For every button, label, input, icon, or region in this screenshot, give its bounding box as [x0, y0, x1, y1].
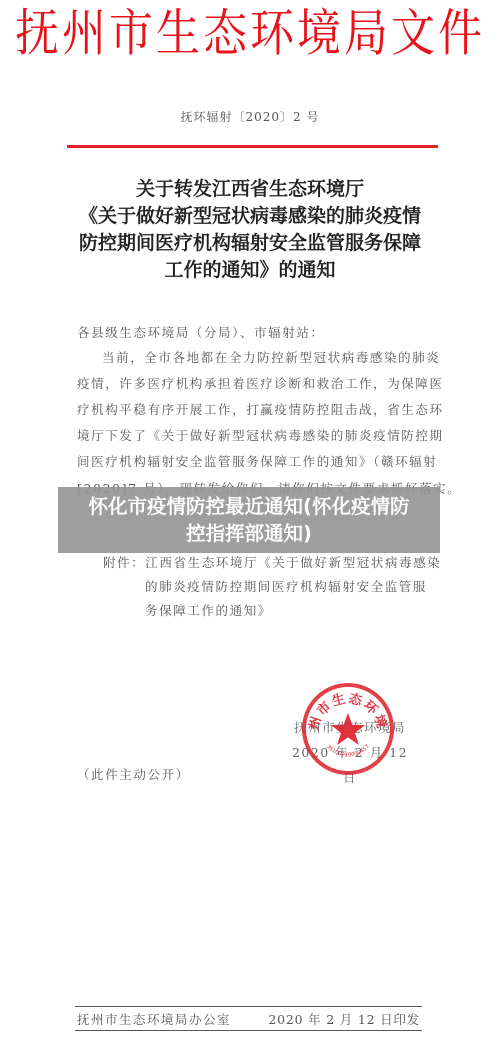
salutation: 各县级生态环境局（分局）、市辐射站： [77, 320, 427, 346]
overlay-title-line: 怀化市疫情防控最近通知(怀化疫情防 [58, 493, 440, 520]
attachment-note: 附件：江西省生态环境厅《关于做好新型冠状病毒感染 的肺炎疫情防控期间医疗机构辐射… [103, 551, 441, 623]
footer-issuer: 抚州市生态环境局办公室 [77, 1010, 231, 1028]
paragraph-line: 疫情，许多医疗机构承担着医疗诊断和救治工作，为保障医 [77, 371, 427, 397]
paragraph-line: 疗机构平稳有序开展工作，打赢疫情防控阻击战，省生态环 [77, 397, 427, 423]
headline-overlay-banner: 怀化市疫情防控最近通知(怀化疫情防 控指挥部通知) [58, 487, 440, 553]
overlay-title-line: 控指挥部通知) [58, 520, 440, 547]
attachment-line: 务保障工作的通知》 [103, 599, 441, 623]
footer-divider-bottom [75, 1030, 422, 1031]
masthead-title: 抚州市生态环境局文件 [0, 2, 500, 66]
title-line: 防控期间医疗机构辐射安全监管服务保障 [40, 230, 460, 257]
footer-issue-date: 2020 年 2 月 12 日印发 [268, 1010, 420, 1028]
document-title: 关于转发江西省生态环境厅 《关于做好新型冠状病毒感染的肺炎疫情 防控期间医疗机构… [40, 176, 460, 284]
paragraph-line: 当前，全市各地都在全力防控新型冠状病毒感染的肺炎 [77, 345, 427, 371]
body-paragraph: 当前，全市各地都在全力防控新型冠状病毒感染的肺炎 疫情，许多医疗机构承担着医疗诊… [77, 345, 427, 475]
masthead-divider [67, 145, 438, 148]
svg-text:36100210090457: 36100210090457 [325, 743, 371, 758]
paragraph-line: 间医疗机构辐射安全监管服务保障工作的通知》（赣环辐射 [77, 449, 427, 475]
document-number: 抚环辐射〔2020〕2 号 [0, 108, 500, 125]
title-line: 关于转发江西省生态环境厅 [40, 176, 460, 203]
title-line: 工作的通知》的通知 [40, 257, 460, 284]
public-disclosure-note: （此件主动公开） [77, 765, 190, 783]
title-line: 《关于做好新型冠状病毒感染的肺炎疫情 [40, 203, 460, 230]
document-page: 抚州市生态环境局文件 抚环辐射〔2020〕2 号 关于转发江西省生态环境厅 《关… [0, 0, 500, 1039]
attachment-line: 的肺炎疫情防控期间医疗机构辐射安全监管服 [103, 575, 441, 599]
paragraph-line: 境厅下发了《关于做好新型冠状病毒感染的肺炎疫情防控期 [77, 423, 427, 449]
footer-divider-top [75, 1006, 422, 1007]
official-seal-icon: 抚州市生态环境局 36100210090457 [302, 683, 394, 775]
attachment-line: 附件：江西省生态环境厅《关于做好新型冠状病毒感染 [103, 551, 441, 575]
